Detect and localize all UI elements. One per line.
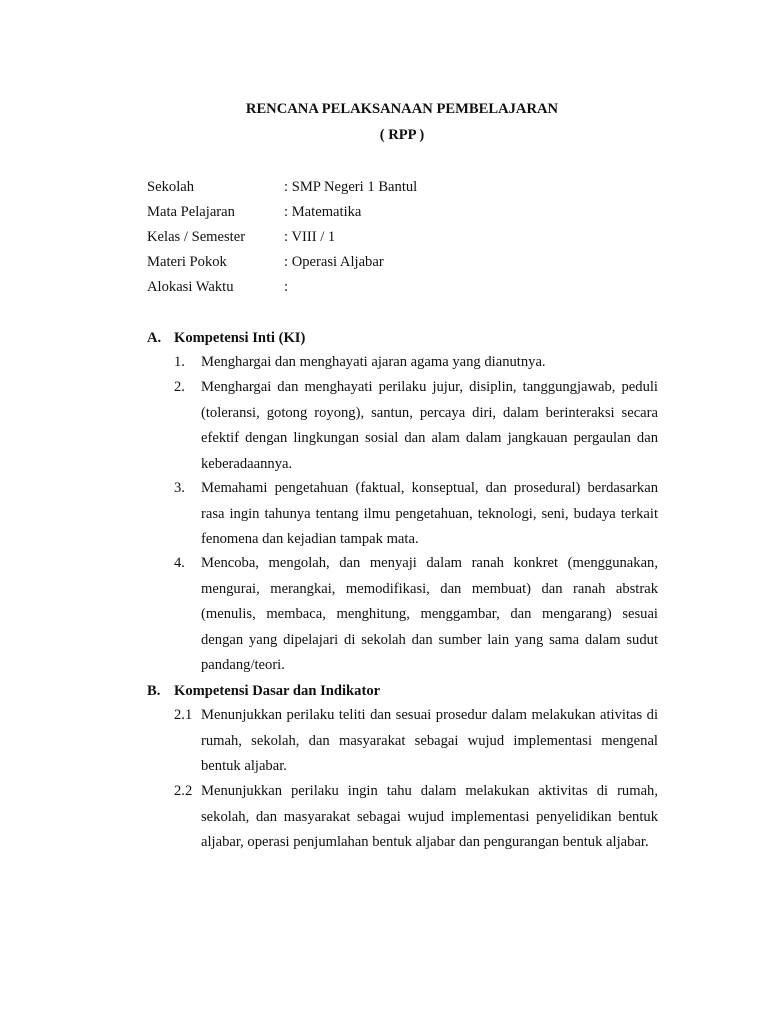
identity-value: : SMP Negeri 1 Bantul bbox=[284, 177, 417, 197]
item-number: 2.1 bbox=[174, 703, 192, 729]
list-item: 2. Menghargai dan menghayati perilaku ju… bbox=[174, 375, 658, 477]
document-page: RENCANA PELAKSANAAN PEMBELAJARAN ( RPP )… bbox=[0, 0, 768, 1024]
item-number: 4. bbox=[174, 551, 185, 577]
section-title: Kompetensi Dasar dan Indikator bbox=[174, 681, 380, 701]
item-text: Menunjukkan perilaku ingin tahu dalam me… bbox=[201, 779, 658, 856]
identity-label: Materi Pokok bbox=[147, 252, 227, 272]
identity-value: : Matematika bbox=[284, 202, 361, 222]
identity-value: : VIII / 1 bbox=[284, 227, 335, 247]
section-letter: B. bbox=[147, 681, 160, 701]
item-text: Menghargai dan menghayati perilaku jujur… bbox=[201, 375, 658, 477]
item-text: Memahami pengetahuan (faktual, konseptua… bbox=[201, 476, 658, 553]
item-number: 2.2 bbox=[174, 779, 192, 805]
identity-label: Mata Pelajaran bbox=[147, 202, 235, 222]
section-title: Kompetensi Inti (KI) bbox=[174, 328, 305, 348]
list-item: 3. Memahami pengetahuan (faktual, konsep… bbox=[174, 476, 658, 553]
identity-value: : bbox=[284, 277, 288, 297]
list-item: 1. Menghargai dan menghayati ajaran agam… bbox=[174, 350, 658, 376]
identity-label: Alokasi Waktu bbox=[147, 277, 234, 297]
item-number: 2. bbox=[174, 375, 185, 401]
item-number: 3. bbox=[174, 476, 185, 502]
list-item: 2.1 Menunjukkan perilaku teliti dan sesu… bbox=[174, 703, 658, 780]
document-title: RENCANA PELAKSANAAN PEMBELAJARAN bbox=[18, 101, 768, 118]
identity-label: Kelas / Semester bbox=[147, 227, 245, 247]
identity-label: Sekolah bbox=[147, 177, 194, 197]
item-number: 1. bbox=[174, 350, 185, 376]
list-item: 2.2 Menunjukkan perilaku ingin tahu dala… bbox=[174, 779, 658, 856]
item-text: Menunjukkan perilaku teliti dan sesuai p… bbox=[201, 703, 658, 780]
item-text: Menghargai dan menghayati ajaran agama y… bbox=[201, 350, 658, 376]
list-item: 4. Mencoba, mengolah, dan menyaji dalam … bbox=[174, 551, 658, 679]
identity-value: : Operasi Aljabar bbox=[284, 252, 384, 272]
item-text: Mencoba, mengolah, dan menyaji dalam ran… bbox=[201, 551, 658, 679]
section-letter: A. bbox=[147, 328, 161, 348]
document-subtitle: ( RPP ) bbox=[18, 127, 768, 144]
